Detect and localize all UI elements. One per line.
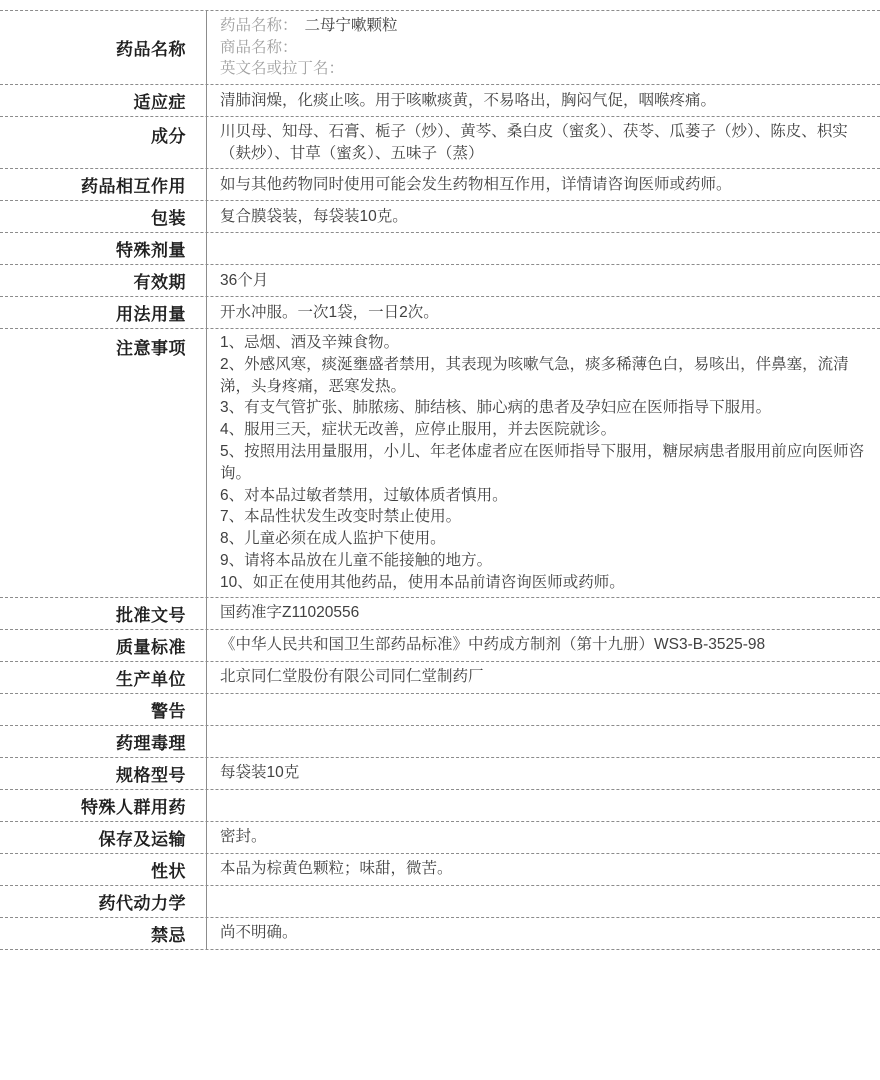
row-label: 注意事项 [0,329,207,597]
row-content: 本品为棕黄色颗粒；味甜，微苦。 [207,854,880,885]
row-text: 复合膜袋装，每袋装10克。 [220,206,868,228]
row-label: 生产单位 [0,662,207,693]
precaution-item: 1、忌烟、酒及辛辣食物。 [220,332,868,354]
row-label: 包装 [0,201,207,232]
table-row-quality-standard: 质量标准《中华人民共和国卫生部药品标准》中药成方制剂（第十九册）WS3-B-35… [0,630,880,662]
row-content [207,790,880,821]
row-text: 《中华人民共和国卫生部药品标准》中药成方制剂（第十九册）WS3-B-3525-9… [220,634,868,656]
row-label: 批准文号 [0,598,207,629]
table-row-drug-interactions: 药品相互作用如与其他药物同时使用可能会发生药物相互作用，详情请咨询医师或药师。 [0,169,880,201]
row-content [207,233,880,264]
table-row-usage-dosage: 用法用量开水冲服。一次1袋，一日2次。 [0,297,880,329]
row-label: 有效期 [0,265,207,296]
table-row-contraindications: 禁忌尚不明确。 [0,918,880,950]
row-content: 《中华人民共和国卫生部药品标准》中药成方制剂（第十九册）WS3-B-3525-9… [207,630,880,661]
table-row-pharmacology-toxicology: 药理毒理 [0,726,880,758]
row-label: 药代动力学 [0,886,207,917]
row-text: 尚不明确。 [220,922,868,944]
row-label: 禁忌 [0,918,207,949]
row-text: 川贝母、知母、石膏、栀子（炒）、黄芩、桑白皮（蜜炙）、茯苓、瓜蒌子（炒）、陈皮、… [220,121,868,165]
row-text: 清肺润燥，化痰止咳。用于咳嗽痰黄，不易咯出，胸闷气促，咽喉疼痛。 [220,90,868,112]
row-content: 尚不明确。 [207,918,880,949]
row-content: 开水冲服。一次1袋，一日2次。 [207,297,880,328]
table-row-indications: 适应症清肺润燥，化痰止咳。用于咳嗽痰黄，不易咯出，胸闷气促，咽喉疼痛。 [0,85,880,117]
table-row-precautions: 注意事项1、忌烟、酒及辛辣食物。2、外感风寒，痰涎壅盛者禁用，其表现为咳嗽气急，… [0,329,880,598]
precaution-item: 3、有支气管扩张、肺脓疡、肺结核、肺心病的患者及孕妇应在医师指导下服用。 [220,397,868,419]
row-content: 北京同仁堂股份有限公司同仁堂制药厂 [207,662,880,693]
table-row-approval-number: 批准文号国药准字Z11020556 [0,598,880,630]
field-line: 药品名称：二母宁嗽颗粒 [220,15,868,37]
row-content: 如与其他药物同时使用可能会发生药物相互作用，详情请咨询医师或药师。 [207,169,880,200]
table-row-ingredients: 成分川贝母、知母、石膏、栀子（炒）、黄芩、桑白皮（蜜炙）、茯苓、瓜蒌子（炒）、陈… [0,117,880,169]
field-line: 英文名或拉丁名： [220,58,868,80]
row-label: 警告 [0,694,207,725]
field-key: 药品名称： [220,17,298,34]
row-label: 性状 [0,854,207,885]
row-content: 国药准字Z11020556 [207,598,880,629]
field-key: 英文名或拉丁名： [220,60,344,77]
table-row-shelf-life: 有效期36个月 [0,265,880,297]
field-line: 商品名称： [220,37,868,59]
table-row-packaging: 包装复合膜袋装，每袋装10克。 [0,201,880,233]
row-label: 规格型号 [0,758,207,789]
row-label: 适应症 [0,85,207,116]
row-text: 36个月 [220,270,868,292]
table-row-specification: 规格型号每袋装10克 [0,758,880,790]
precaution-item: 4、服用三天，症状无改善，应停止服用，并去医院就诊。 [220,419,868,441]
row-content: 川贝母、知母、石膏、栀子（炒）、黄芩、桑白皮（蜜炙）、茯苓、瓜蒌子（炒）、陈皮、… [207,117,880,168]
row-text: 国药准字Z11020556 [220,602,868,624]
table-row-warning: 警告 [0,694,880,726]
row-content: 36个月 [207,265,880,296]
precaution-item: 6、对本品过敏者禁用，过敏体质者慎用。 [220,485,868,507]
row-content: 清肺润燥，化痰止咳。用于咳嗽痰黄，不易咯出，胸闷气促，咽喉疼痛。 [207,85,880,116]
row-content [207,726,880,757]
row-label: 质量标准 [0,630,207,661]
table-row-special-dosage: 特殊剂量 [0,233,880,265]
precaution-item: 8、儿童必须在成人监护下使用。 [220,528,868,550]
row-label: 保存及运输 [0,822,207,853]
row-content: 密封。 [207,822,880,853]
row-text: 本品为棕黄色颗粒；味甜，微苦。 [220,858,868,880]
row-label: 药品相互作用 [0,169,207,200]
row-label: 特殊剂量 [0,233,207,264]
precaution-item: 7、本品性状发生改变时禁止使用。 [220,506,868,528]
row-label: 用法用量 [0,297,207,328]
row-content [207,886,880,917]
row-text: 北京同仁堂股份有限公司同仁堂制药厂 [220,666,868,688]
row-label: 特殊人群用药 [0,790,207,821]
row-content: 复合膜袋装，每袋装10克。 [207,201,880,232]
row-content: 药品名称：二母宁嗽颗粒商品名称：英文名或拉丁名： [207,11,880,84]
precaution-item: 9、请将本品放在儿童不能接触的地方。 [220,550,868,572]
precaution-item: 5、按照用法用量服用，小儿、年老体虚者应在医师指导下服用，糖尿病患者服用前应向医… [220,441,868,485]
precaution-item: 10、如正在使用其他药品，使用本品前请咨询医师或药师。 [220,572,868,594]
table-row-special-population: 特殊人群用药 [0,790,880,822]
row-label: 药理毒理 [0,726,207,757]
table-row-manufacturer: 生产单位北京同仁堂股份有限公司同仁堂制药厂 [0,662,880,694]
row-text: 密封。 [220,826,868,848]
row-text: 开水冲服。一次1袋，一日2次。 [220,302,868,324]
row-content: 每袋装10克 [207,758,880,789]
table-row-pharmacokinetics: 药代动力学 [0,886,880,918]
row-text: 每袋装10克 [220,762,868,784]
table-row-drug-name: 药品名称药品名称：二母宁嗽颗粒商品名称：英文名或拉丁名： [0,11,880,85]
drug-info-table: 药品名称药品名称：二母宁嗽颗粒商品名称：英文名或拉丁名：适应症清肺润燥，化痰止咳… [0,10,880,950]
table-row-storage-transport: 保存及运输密封。 [0,822,880,854]
row-label: 成分 [0,117,207,168]
field-value: 二母宁嗽颗粒 [305,17,398,34]
row-content [207,694,880,725]
precaution-item: 2、外感风寒，痰涎壅盛者禁用，其表现为咳嗽气急，痰多稀薄色白，易咳出，伴鼻塞，流… [220,354,868,398]
row-content: 1、忌烟、酒及辛辣食物。2、外感风寒，痰涎壅盛者禁用，其表现为咳嗽气急，痰多稀薄… [207,329,880,597]
row-text: 如与其他药物同时使用可能会发生药物相互作用，详情请咨询医师或药师。 [220,174,868,196]
row-label: 药品名称 [0,11,207,84]
field-key: 商品名称： [220,39,298,56]
table-row-description: 性状本品为棕黄色颗粒；味甜，微苦。 [0,854,880,886]
